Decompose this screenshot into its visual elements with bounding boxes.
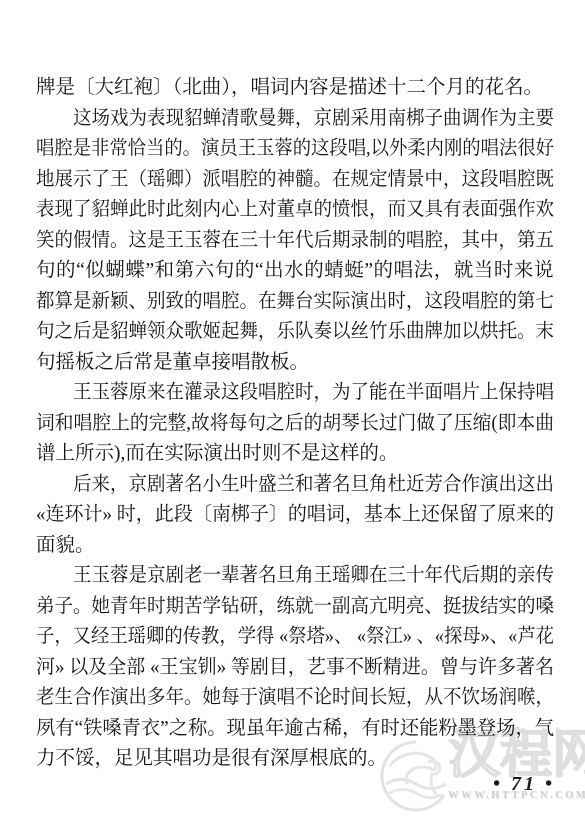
page-number: • 71 • xyxy=(493,773,555,796)
text-line: 表现了貂蝉此时此刻内心上对董卓的愤恨，而又具有表面强作欢 xyxy=(36,195,554,226)
text-line: 都算是新颖、别致的唱腔。在舞台实际演出时，这段唱腔的第七 xyxy=(36,287,554,318)
text-line: «连环计» 时，此段〔南梆子〕的唱词，基本上还保留了原来的 xyxy=(36,500,554,531)
text-line: 笑的假情。这是王玉蓉在三十年代后期录制的唱腔，其中，第五 xyxy=(36,226,554,257)
text-line: 王玉蓉原来在灌录这段唱腔时，为了能在半面唱片上保持唱 xyxy=(36,378,554,409)
book-page: 牌是〔大红袍〕（北曲），唱词内容是描述十二个月的花名。 这场戏为表现貂蝉清歌曼舞… xyxy=(0,0,585,830)
text-line: 夙有“铁嗓青衣”之称。现虽年逾古稀，有时还能粉墨登场，气 xyxy=(36,714,554,745)
text-line: 弟子。她青年时期苦学钻研，练就一副高亢明亮、挺拔结实的嗓 xyxy=(36,592,554,623)
text-line: 老生合作演出多年。她每于演唱不论时间长短，从不饮场润喉， xyxy=(36,683,554,714)
text-line: 这场戏为表现貂蝉清歌曼舞，京剧采用南梆子曲调作为主要 xyxy=(36,104,554,135)
text-line: 词和唱腔上的完整,故将每句之后的胡琴长过门做了压缩(即本曲 xyxy=(36,409,554,440)
text-line: 唱腔是非常恰当的。演员王玉蓉的这段唱,以外柔内刚的唱法很好 xyxy=(36,134,554,165)
text-line: 河» 以及全部 «王宝钏» 等剧目，艺事不断精进。曾与许多著名 xyxy=(36,653,554,684)
text-line: 王玉蓉是京剧老一辈著名旦角王瑶卿在三十年代后期的亲传 xyxy=(36,561,554,592)
text-line: 句摇板之后常是董卓接唱散板。 xyxy=(36,348,554,379)
page-text-block: 牌是〔大红袍〕（北曲），唱词内容是描述十二个月的花名。 这场戏为表现貂蝉清歌曼舞… xyxy=(36,73,554,775)
text-line: 地展示了王（瑶卿）派唱腔的神髓。在规定情景中，这段唱腔既 xyxy=(36,165,554,196)
text-line: 句的“似蝴蝶”和第六句的“出水的蜻蜓”的唱法，就当时来说 xyxy=(36,256,554,287)
text-line: 牌是〔大红袍〕（北曲），唱词内容是描述十二个月的花名。 xyxy=(36,73,554,104)
text-line: 子，又经王瑶卿的传教，学得 «祭塔»、 «祭江» 、«探母»、«芦花 xyxy=(36,622,554,653)
text-line: 句之后是貂蝉领众歌姬起舞，乐队奏以丝竹乐曲牌加以烘托。末 xyxy=(36,317,554,348)
text-line: 面貌。 xyxy=(36,531,554,562)
text-line: 力不馁，足见其唱功是很有深厚根底的。 xyxy=(36,744,554,775)
text-line: 后来，京剧著名小生叶盛兰和著名旦角杜近芳合作演出这出 xyxy=(36,470,554,501)
text-line: 谱上所示),而在实际演出时则不是这样的。 xyxy=(36,439,554,470)
